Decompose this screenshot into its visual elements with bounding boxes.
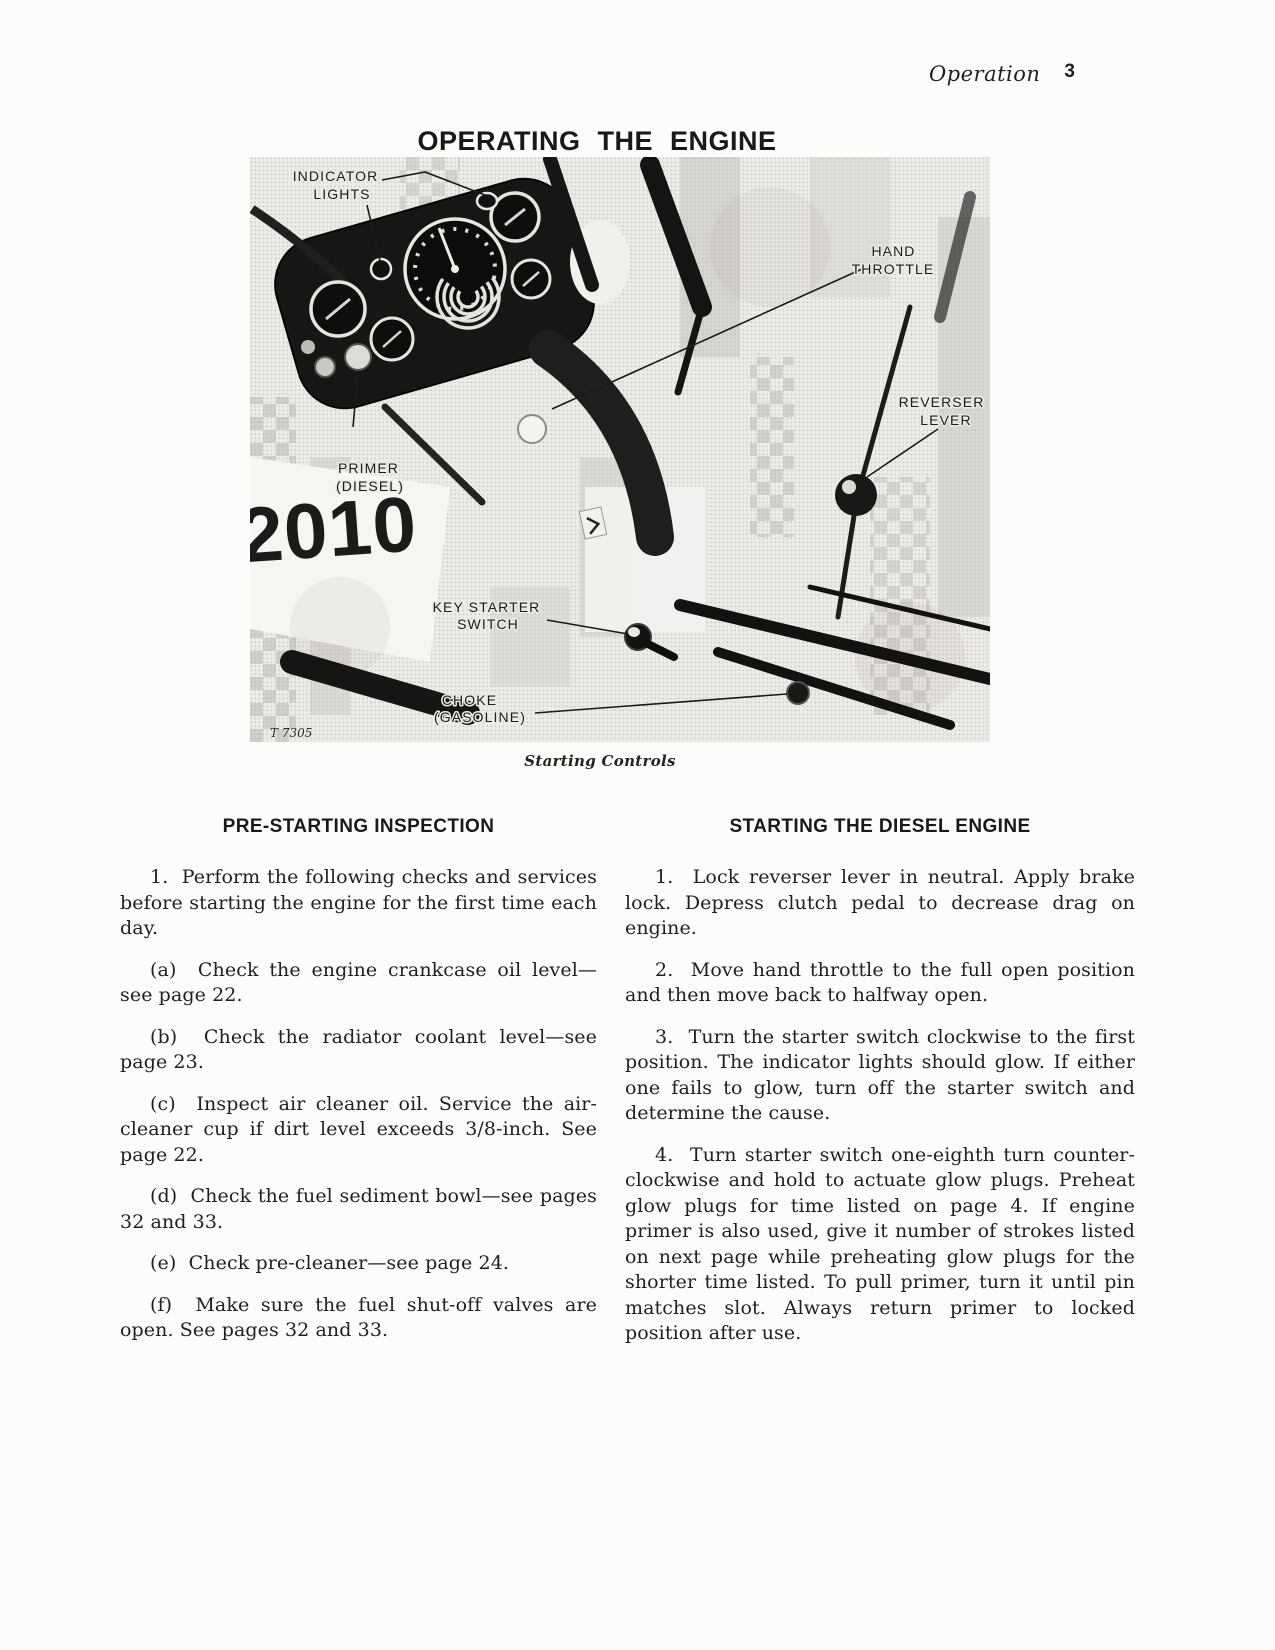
- primer-knob: [345, 344, 371, 370]
- paragraph: 2. Move hand throttle to the full open p…: [625, 958, 1135, 1009]
- indicator-light-left: [371, 259, 391, 279]
- gear-lever-knob: [518, 415, 546, 443]
- paragraph: (a) Check the engine crankcase oil level…: [120, 958, 597, 1009]
- paragraph: (f) Make sure the fuel shut-off valves a…: [120, 1293, 597, 1344]
- paragraph: (d) Check the fuel sediment bowl—see pag…: [120, 1184, 597, 1235]
- panel-knob: [315, 357, 335, 377]
- photo-id: T 7305: [270, 726, 312, 740]
- running-head: Operation 3: [929, 62, 1075, 87]
- section-label: Operation: [929, 62, 1040, 86]
- right-column: STARTING THE DIESEL ENGINE 1. Lock rever…: [625, 816, 1135, 1363]
- left-column: PRE-STARTING INSPECTION 1. Perform the f…: [120, 816, 597, 1363]
- figure-caption: Starting Controls: [250, 752, 950, 770]
- starting-controls-figure: 2010 INDICATOR LIGHTS HAND THROTTLE: [250, 157, 990, 742]
- paragraph: 4. Turn starter switch one-eighth turn c…: [625, 1143, 1135, 1347]
- model-number: 2010: [250, 479, 420, 579]
- panel-knob-small: [301, 340, 315, 354]
- left-column-heading: PRE-STARTING INSPECTION: [120, 816, 597, 838]
- right-column-heading: STARTING THE DIESEL ENGINE: [625, 816, 1135, 838]
- manual-page: Operation 3 OPERATING THE ENGINE: [0, 0, 1275, 1650]
- page-title: OPERATING THE ENGINE: [250, 126, 944, 157]
- paragraph: 3. Turn the starter switch clockwise to …: [625, 1025, 1135, 1127]
- figure-illustration: 2010 INDICATOR LIGHTS HAND THROTTLE: [250, 157, 990, 742]
- paragraph: (c) Inspect air cleaner oil. Service the…: [120, 1092, 597, 1169]
- paragraph: (e) Check pre-cleaner—see page 24.: [120, 1251, 597, 1277]
- page-number: 3: [1064, 61, 1075, 83]
- paragraph: 1. Lock reverser lever in neutral. Apply…: [625, 865, 1135, 942]
- reverser-lever-knob: [835, 474, 877, 516]
- choke-knob: [787, 682, 809, 704]
- body-columns: PRE-STARTING INSPECTION 1. Perform the f…: [120, 816, 1136, 1363]
- paragraph: 1. Perform the following checks and serv…: [120, 865, 597, 942]
- paragraph: (b) Check the radiator coolant level—see…: [120, 1025, 597, 1076]
